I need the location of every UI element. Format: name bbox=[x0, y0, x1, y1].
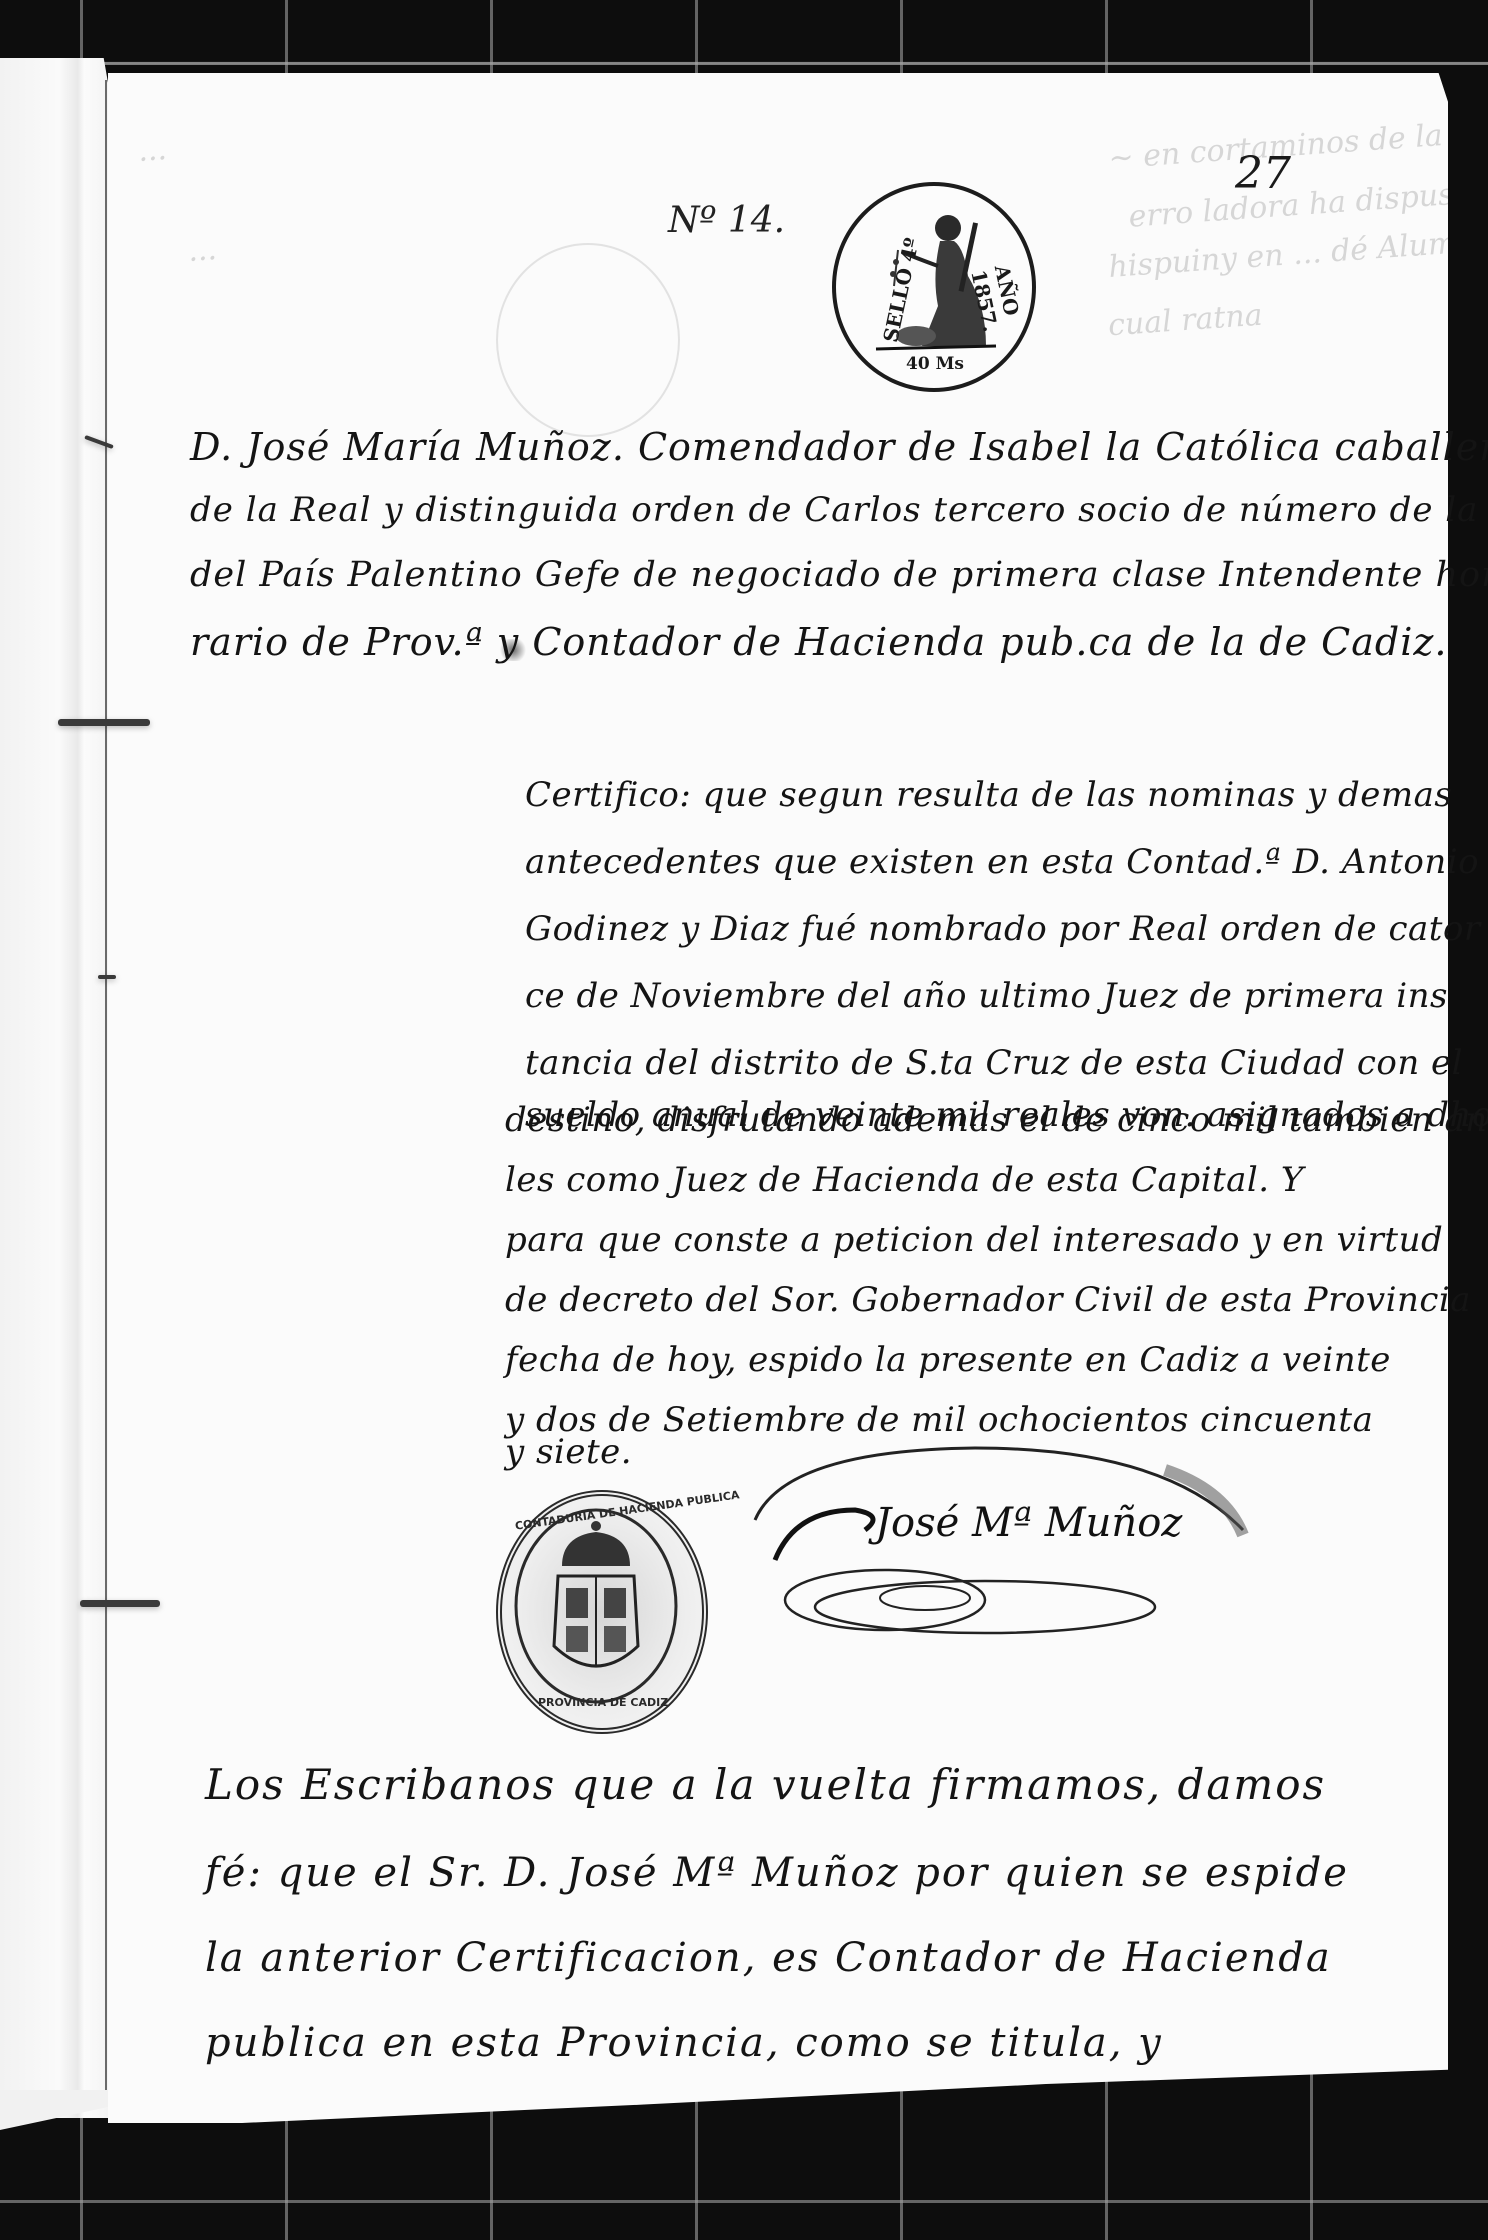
background-grid-line bbox=[0, 62, 1488, 65]
bleed-through-seal bbox=[496, 243, 680, 437]
notary-line-3: la anterior Certificacion, es Contador d… bbox=[205, 1935, 1332, 1981]
certification-line-13: y siete. bbox=[505, 1432, 632, 1472]
revenue-stamp: SELLO 4º AÑO 1857. 40 Ms bbox=[832, 182, 1036, 392]
certification-line-4: ce de Noviembre del año ultimo Juez de p… bbox=[525, 976, 1448, 1016]
notary-line-4: publica en esta Provincia, como se titul… bbox=[205, 2020, 1163, 2066]
signature: José Mª Muñoz bbox=[745, 1440, 1265, 1640]
seal-bottom-text: PROVINCIA DE CADIZ bbox=[538, 1696, 668, 1709]
certification-line-1: Certifico: que segun resulta de las nomi… bbox=[525, 775, 1452, 815]
official-seal: CONTADURIA DE HACIENDA PUBLICA PROVINCIA… bbox=[496, 1490, 708, 1734]
certification-line-3: Godinez y Diaz fué nombrado por Real ord… bbox=[525, 909, 1481, 949]
folio-number: 27 bbox=[1235, 148, 1291, 199]
heading-line-1: D. José María Muñoz. Comendador de Isabe… bbox=[190, 425, 1488, 469]
certification-line-10: de decreto del Sor. Gobernador Civil de … bbox=[505, 1280, 1471, 1320]
binding-staple bbox=[58, 719, 150, 726]
bleed-through-text: ... bbox=[187, 232, 218, 269]
signature-text: José Mª Muñoz bbox=[875, 1500, 1182, 1546]
document-number: Nº 14. bbox=[668, 200, 785, 241]
binding-spine bbox=[105, 80, 107, 2090]
binding-staple bbox=[80, 1600, 160, 1607]
stamp-value-text: 40 Ms bbox=[906, 354, 964, 374]
background-grid-line bbox=[0, 2200, 1488, 2203]
bleed-through-text: ... bbox=[137, 132, 168, 169]
certification-line-5: tancia del distrito de S.ta Cruz de esta… bbox=[525, 1043, 1463, 1083]
certification-line-2: antecedentes que existen en esta Contad.… bbox=[525, 842, 1479, 882]
certification-line-7: destino, disfrutando ademas el de cinco … bbox=[505, 1100, 1488, 1140]
heading-line-4: rario de Prov.ª y Contador de Hacienda p… bbox=[190, 620, 1447, 664]
certification-line-11: fecha de hoy, espido la presente en Cadi… bbox=[505, 1340, 1391, 1380]
bleed-through-text: ∼ en cortaminos de la cubia fulunt bbox=[1107, 105, 1488, 177]
certification-line-8: les como Juez de Hacienda de esta Capita… bbox=[505, 1160, 1304, 1200]
bleed-through-text: cual ratna bbox=[1107, 298, 1264, 344]
certification-line-12: y dos de Setiembre de mil ochocientos ci… bbox=[505, 1400, 1373, 1440]
binding-staple bbox=[98, 975, 116, 979]
heading-line-2: de la Real y distinguida orden de Carlos… bbox=[190, 490, 1488, 530]
heading-line-3: del País Palentino Gefe de negociado de … bbox=[190, 555, 1488, 595]
notary-line-2: fé: que el Sr. D. José Mª Muñoz por quie… bbox=[205, 1850, 1349, 1896]
notary-line-1: Los Escribanos que a la vuelta firmamos,… bbox=[205, 1760, 1326, 1809]
binding-left-leaf bbox=[0, 58, 108, 2118]
certification-line-9: para que conste a peticion del interesad… bbox=[505, 1220, 1443, 1260]
